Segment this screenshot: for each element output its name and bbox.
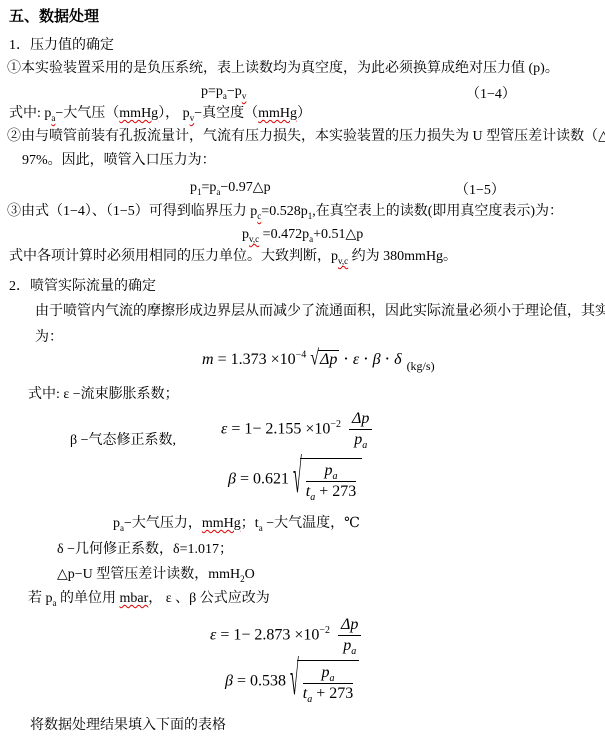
equation-beta-1: β = 0.621 √pata + 273 bbox=[228, 458, 362, 502]
equation-number-1-5: （1−5） bbox=[455, 179, 505, 199]
label-beta-coefficient: β −气态修正系数, bbox=[70, 432, 176, 449]
para-mbar-note: 若 pa 的单位用 mbar， ε 、β 公式应改为 bbox=[28, 590, 270, 607]
sqrt-radical: √pata + 273 bbox=[290, 660, 359, 704]
fraction: pata + 273 bbox=[306, 462, 356, 502]
doc-title: 五、数据处理 bbox=[9, 9, 99, 26]
equation-mass-flow: m = 1.373 ×10−4 √Δp ⋅ ε ⋅ β ⋅ δ(kg/s) bbox=[202, 350, 435, 369]
para-pa-ta: pa−大气压力，mmHg；ta −大气温度，℃ bbox=[113, 515, 360, 532]
fraction: Δppa bbox=[338, 616, 361, 656]
section-1-heading: 1．压力值的确定 bbox=[9, 37, 114, 54]
section-2-heading: 2．喷管实际流量的确定 bbox=[9, 278, 156, 295]
para-flow-intro-2: 为： bbox=[35, 329, 63, 346]
equation-number-1-4: （1−4） bbox=[466, 83, 516, 103]
mass-flow-variable: m bbox=[202, 351, 214, 368]
sqrt-radical: √pata + 273 bbox=[293, 458, 362, 502]
para-critical-pressure: ③由式（1−4）、（1−5）可得到临界压力 pc=0.528p1,在真空表上的读… bbox=[7, 203, 563, 220]
para-units-note: 式中各项计算时必须用相同的压力单位。大致判断，pv,c 约为 380mmHg。 bbox=[9, 248, 457, 265]
equation-1-4: p=pa−pv bbox=[201, 83, 246, 100]
radical-sign: √ bbox=[310, 349, 319, 371]
mass-flow-unit: (kg/s) bbox=[407, 359, 435, 373]
radical-sign: √ bbox=[290, 658, 299, 706]
para-where-1: 式中: pa−大气压（mmHg）， pv−真空度（mmHg） bbox=[9, 105, 311, 122]
para-orifice-meter-2: 97%。因此，喷管入口压力为： bbox=[22, 152, 216, 169]
equation-1-5: p1=pa−0.97△p bbox=[190, 179, 271, 196]
para-delta-coefficient: δ −几何修正系数，δ=1.017； bbox=[57, 541, 233, 558]
equation-epsilon-2: ε = 1− 2.873 ×10−2 Δppa bbox=[210, 616, 361, 656]
equation-pvc: pv,c =0.472pa+0.51△p bbox=[242, 226, 363, 243]
equation-epsilon-1: ε = 1− 2.155 ×10−2 Δppa bbox=[221, 410, 372, 450]
para-fill-table: 将数据处理结果填入下面的表格 bbox=[30, 717, 226, 734]
sqrt-radical: √Δp bbox=[310, 350, 339, 368]
para-orifice-meter: ②由与喷管前装有孔扳流量计，气流有压力损失，本实验装置的压力损失为 U 型管压差… bbox=[7, 128, 605, 145]
fraction: pata + 273 bbox=[303, 664, 353, 704]
document-page: 五、数据处理 1．压力值的确定 ①本实验装置采用的是负压系统，表上读数均为真空度… bbox=[0, 0, 605, 740]
para-flow-intro: 由于喷管内气流的摩擦形成边界层从而减少了流通面积，因此实际流量必须小于理论值，其… bbox=[35, 303, 605, 320]
para-dp-manometer: △p−U 型管压差计读数，mmH2O bbox=[57, 566, 255, 583]
para-negative-pressure: ①本实验装置采用的是负压系统，表上读数均为真空度，为此必须换算成绝对压力值 (p… bbox=[7, 60, 559, 77]
radical-sign: √ bbox=[293, 456, 302, 504]
fraction: Δppa bbox=[349, 410, 372, 450]
para-where-2: 式中: ε −流束膨胀系数； bbox=[28, 386, 179, 403]
equation-beta-2: β = 0.538 √pata + 273 bbox=[225, 660, 359, 704]
